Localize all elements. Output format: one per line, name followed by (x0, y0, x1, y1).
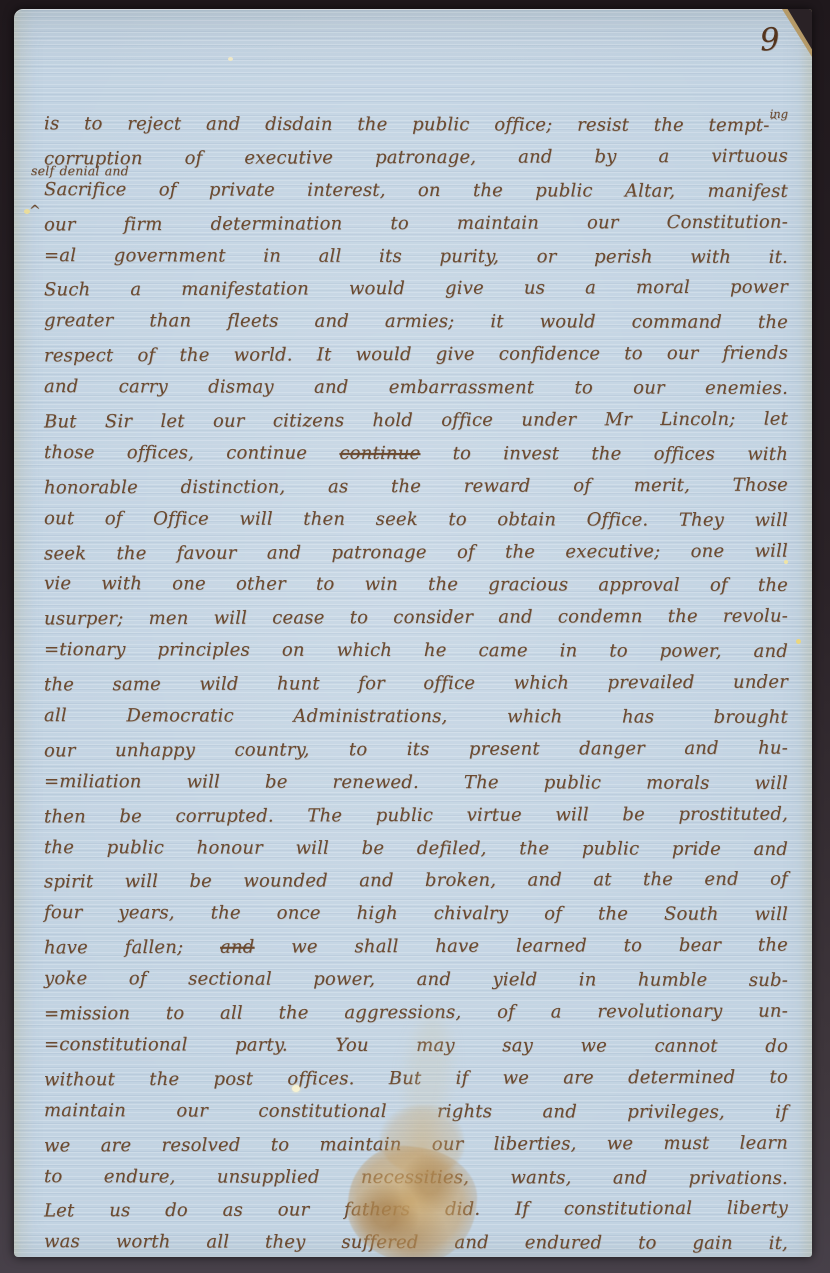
manuscript-line: self denial andSacrifice of private inte… (44, 174, 788, 209)
manuscript-segment: is to reject and disdain the public offi… (44, 113, 770, 136)
paper-speck (228, 57, 233, 61)
caret-mark: ^ (29, 204, 41, 218)
manuscript-line: vie with one other to win the gracious a… (44, 569, 788, 604)
manuscript-segment: But Sir let our citizens hold office und… (44, 409, 788, 433)
photo-backdrop: { "page": { "number": "9", "paper_color"… (0, 0, 830, 1273)
manuscript-segment: greater than fleets and armies; it would… (44, 310, 788, 333)
manuscript-segment: respect of the world. It would give conf… (44, 343, 788, 367)
manuscript-segment: to invest the offices with (420, 443, 788, 465)
manuscript-segment: corruption of executive patronage, and b… (44, 145, 788, 169)
manuscript-line: the public honour will be defiled, the p… (44, 832, 788, 867)
manuscript-line: the same wild hunt for office which prev… (44, 667, 788, 703)
interline-note: self denial and (31, 164, 129, 178)
manuscript-segment: =al government in all its purity, or per… (44, 245, 788, 268)
manuscript-segment: =mission to all the aggressions, of a re… (44, 1001, 788, 1025)
manuscript-segment: Such a manifestation would give us a mor… (44, 277, 788, 301)
manuscript-line: Such a manifestation would give us a mor… (44, 272, 788, 308)
strikethrough-text: continue (339, 443, 420, 464)
manuscript-segment: =tionary principles on which he came in … (44, 639, 788, 662)
manuscript-segment: =miliation will be renewed. The public m… (44, 771, 788, 794)
manuscript-line: =tionary principles on which he came in … (44, 634, 788, 669)
strikethrough-text: and (220, 937, 255, 958)
manuscript-segment: Sacrifice of private interest, on the pu… (44, 179, 788, 202)
manuscript-page: 9 ^ is to reject and disdain the public … (14, 9, 812, 1257)
manuscript-line: all Democratic Administrations, which ha… (44, 700, 788, 735)
manuscript-line: and carry dismay and embarrassment to ou… (44, 371, 788, 406)
manuscript-segment: the public honour will be defiled, the p… (44, 837, 788, 860)
manuscript-segment: all Democratic Administrations, which ha… (44, 705, 788, 728)
manuscript-segment: then be corrupted. The public virtue wil… (44, 803, 788, 827)
paper-speck (292, 1085, 300, 1092)
paper-speck (784, 560, 788, 564)
manuscript-segment: our firm determination to maintain our C… (44, 211, 788, 235)
manuscript-line: But Sir let our citizens hold office und… (44, 404, 788, 440)
manuscript-line: have fallen; and we shall have learned t… (44, 930, 788, 966)
manuscript-line: is to reject and disdain the public offi… (44, 108, 788, 143)
manuscript-line: yoke of sectional power, and yield in hu… (44, 963, 788, 998)
manuscript-line: =al government in all its purity, or per… (44, 240, 788, 275)
manuscript-line: greater than fleets and armies; it would… (44, 305, 788, 340)
manuscript-segment: our unhappy country, to its present dang… (44, 737, 788, 761)
manuscript-line: then be corrupted. The public virtue wil… (44, 798, 788, 834)
manuscript-segment: out of Office will then seek to obtain O… (44, 508, 788, 531)
superscript-insertion: ing^ (770, 110, 788, 126)
manuscript-line: usurper; men will cease to consider and … (44, 601, 788, 637)
manuscript-segment: we shall have learned to bear the (254, 935, 788, 958)
manuscript-line: honorable distinction, as the reward of … (44, 469, 788, 505)
manuscript-line: =mission to all the aggressions, of a re… (44, 996, 788, 1032)
manuscript-line: out of Office will then seek to obtain O… (44, 503, 788, 538)
manuscript-line: spirit will be wounded and broken, and a… (44, 864, 788, 900)
page-number: 9 (759, 24, 781, 56)
manuscript-segment: honorable distinction, as the reward of … (44, 474, 788, 498)
manuscript-line: respect of the world. It would give conf… (44, 338, 788, 374)
manuscript-line: four years, the once high chivalry of th… (44, 897, 788, 932)
manuscript-line: corruption of executive patronage, and b… (44, 140, 788, 176)
manuscript-segment: those offices, continue (44, 442, 339, 464)
manuscript-segment: and carry dismay and embarrassment to ou… (44, 376, 788, 399)
manuscript-line: our unhappy country, to its present dang… (44, 732, 788, 768)
manuscript-segment: have fallen; (44, 937, 220, 959)
manuscript-line: seek the favour and patronage of the exe… (44, 535, 788, 571)
paper-speck (24, 209, 30, 214)
manuscript-segment: usurper; men will cease to consider and … (44, 606, 788, 630)
manuscript-segment: vie with one other to win the gracious a… (44, 574, 788, 597)
manuscript-segment: four years, the once high chivalry of th… (44, 902, 788, 925)
manuscript-segment: yoke of sectional power, and yield in hu… (44, 968, 788, 991)
manuscript-segment: the same wild hunt for office which prev… (44, 672, 788, 696)
paper-speck (796, 639, 801, 644)
manuscript-line: =miliation will be renewed. The public m… (44, 766, 788, 801)
manuscript-line: our firm determination to maintain our C… (44, 206, 788, 242)
manuscript-line: those offices, continue continue to inve… (44, 437, 788, 472)
manuscript-segment: seek the favour and patronage of the exe… (44, 540, 788, 564)
manuscript-segment: spirit will be wounded and broken, and a… (44, 869, 788, 893)
